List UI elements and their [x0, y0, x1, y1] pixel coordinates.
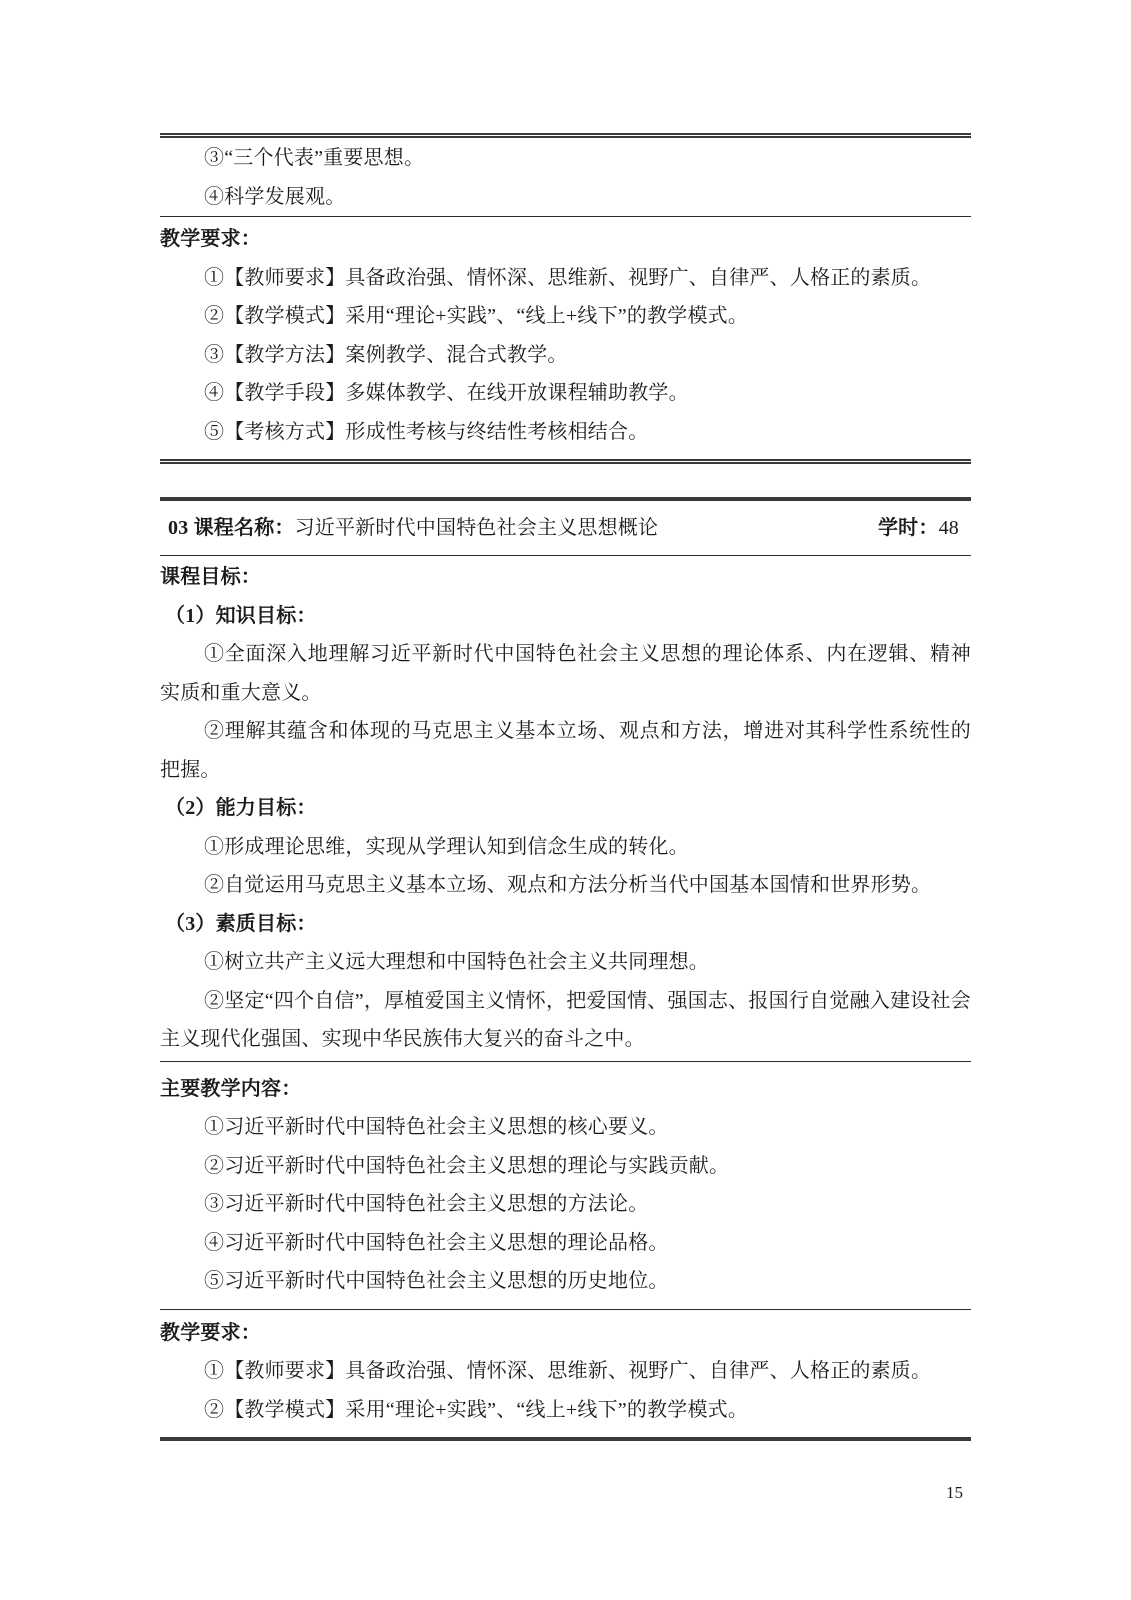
page-number: 15 [946, 1483, 963, 1503]
quality-goals-list: ①树立共产主义远大理想和中国特色社会主义共同理想。②坚定“四个自信”，厚植爱国主… [160, 943, 971, 1059]
course-title: 03 课程名称：习近平新时代中国特色社会主义思想概论 [168, 509, 658, 547]
document-page: ③“三个代表”重要思想。④科学发展观。 教学要求： ①【教师要求】具备政治强、情… [0, 0, 1131, 1600]
course-objectives-row: 课程目标： （1）知识目标： ①全面深入地理解习近平新时代中国特色社会主义思想的… [160, 555, 971, 1061]
teaching-requirements-list: ①【教师要求】具备政治强、情怀深、思维新、视野广、自律严、人格正的素质。②【教学… [160, 1352, 971, 1429]
course-hours: 学时：48 [878, 509, 959, 547]
course-number-label: 03 课程名称： [168, 517, 295, 539]
content-item: ③“三个代表”重要思想。 [160, 139, 971, 178]
objective-item: ②自觉运用马克思主义基本立场、观点和方法分析当代中国基本国情和世界形势。 [160, 866, 971, 905]
hours-value: 48 [939, 517, 959, 539]
teaching-requirements-list: ①【教师要求】具备政治强、情怀深、思维新、视野广、自律严、人格正的素质。②【教学… [160, 259, 971, 452]
course-teaching-requirements-row: 教学要求： ①【教师要求】具备政治强、情怀深、思维新、视野广、自律严、人格正的素… [160, 1309, 971, 1438]
course-header-row: 03 课程名称：习近平新时代中国特色社会主义思想概论 学时：48 [160, 501, 971, 555]
teaching-requirements-heading: 教学要求： [160, 220, 971, 259]
course-objectives-heading: 课程目标： [160, 558, 971, 597]
objective-item: ①形成理论思维，实现从学理认知到信念生成的转化。 [160, 828, 971, 867]
prev-course-main-content-tail: ③“三个代表”重要思想。④科学发展观。 [160, 138, 971, 216]
knowledge-goals-list: ①全面深入地理解习近平新时代中国特色社会主义思想的理论体系、内在逻辑、精神实质和… [160, 635, 971, 789]
objective-item: ②理解其蕴含和体现的马克思主义基本立场、观点和方法，增进对其科学性系统性的把握。 [160, 712, 971, 789]
requirement-item: ⑤【考核方式】形成性考核与终结性考核相结合。 [160, 413, 971, 452]
content-item: ①习近平新时代中国特色社会主义思想的核心要义。 [160, 1108, 971, 1147]
content-item: ②习近平新时代中国特色社会主义思想的理论与实践贡献。 [160, 1147, 971, 1186]
objective-group-ability: （2）能力目标： ①形成理论思维，实现从学理认知到信念生成的转化。②自觉运用马克… [160, 789, 971, 905]
content-item: ④科学发展观。 [160, 178, 971, 217]
knowledge-goals-heading: （1）知识目标： [160, 597, 971, 636]
ability-goals-list: ①形成理论思维，实现从学理认知到信念生成的转化。②自觉运用马克思主义基本立场、观… [160, 828, 971, 905]
main-content-heading: 主要教学内容： [160, 1070, 971, 1109]
objective-group-knowledge: （1）知识目标： ①全面深入地理解习近平新时代中国特色社会主义思想的理论体系、内… [160, 597, 971, 790]
section-prev-course: ③“三个代表”重要思想。④科学发展观。 教学要求： ①【教师要求】具备政治强、情… [160, 133, 971, 464]
objective-group-quality: （3）素质目标： ①树立共产主义远大理想和中国特色社会主义共同理想。②坚定“四个… [160, 905, 971, 1059]
teaching-requirements-heading: 教学要求： [160, 1314, 971, 1353]
requirement-item: ①【教师要求】具备政治强、情怀深、思维新、视野广、自律严、人格正的素质。 [160, 1352, 971, 1391]
prev-course-teaching-requirements: 教学要求： ①【教师要求】具备政治强、情怀深、思维新、视野广、自律严、人格正的素… [160, 216, 971, 459]
content-item: ③习近平新时代中国特色社会主义思想的方法论。 [160, 1185, 971, 1224]
content-item: ④习近平新时代中国特色社会主义思想的理论品格。 [160, 1224, 971, 1263]
course-name: 习近平新时代中国特色社会主义思想概论 [295, 517, 659, 539]
ability-goals-heading: （2）能力目标： [160, 789, 971, 828]
objective-item: ②坚定“四个自信”，厚植爱国主义情怀，把爱国情、强国志、报国行自觉融入建设社会主… [160, 982, 971, 1059]
main-content-list: ①习近平新时代中国特色社会主义思想的核心要义。②习近平新时代中国特色社会主义思想… [160, 1108, 971, 1301]
course-content-row: 主要教学内容： ①习近平新时代中国特色社会主义思想的核心要义。②习近平新时代中国… [160, 1061, 971, 1309]
quality-goals-heading: （3）素质目标： [160, 905, 971, 944]
objective-item: ①树立共产主义远大理想和中国特色社会主义共同理想。 [160, 943, 971, 982]
requirement-item: ③【教学方法】案例教学、混合式教学。 [160, 336, 971, 375]
page-content: ③“三个代表”重要思想。④科学发展观。 教学要求： ①【教师要求】具备政治强、情… [160, 0, 971, 1441]
objective-item: ①全面深入地理解习近平新时代中国特色社会主义思想的理论体系、内在逻辑、精神实质和… [160, 635, 971, 712]
content-item: ⑤习近平新时代中国特色社会主义思想的历史地位。 [160, 1262, 971, 1301]
hours-label: 学时： [878, 517, 939, 539]
section-course-03: 03 课程名称：习近平新时代中国特色社会主义思想概论 学时：48 课程目标： （… [160, 497, 971, 1441]
requirement-item: ④【教学手段】多媒体教学、在线开放课程辅助教学。 [160, 374, 971, 413]
requirement-item: ②【教学模式】采用“理论+实践”、“线上+线下”的教学模式。 [160, 1391, 971, 1430]
requirement-item: ②【教学模式】采用“理论+实践”、“线上+线下”的教学模式。 [160, 297, 971, 336]
requirement-item: ①【教师要求】具备政治强、情怀深、思维新、视野广、自律严、人格正的素质。 [160, 259, 971, 298]
